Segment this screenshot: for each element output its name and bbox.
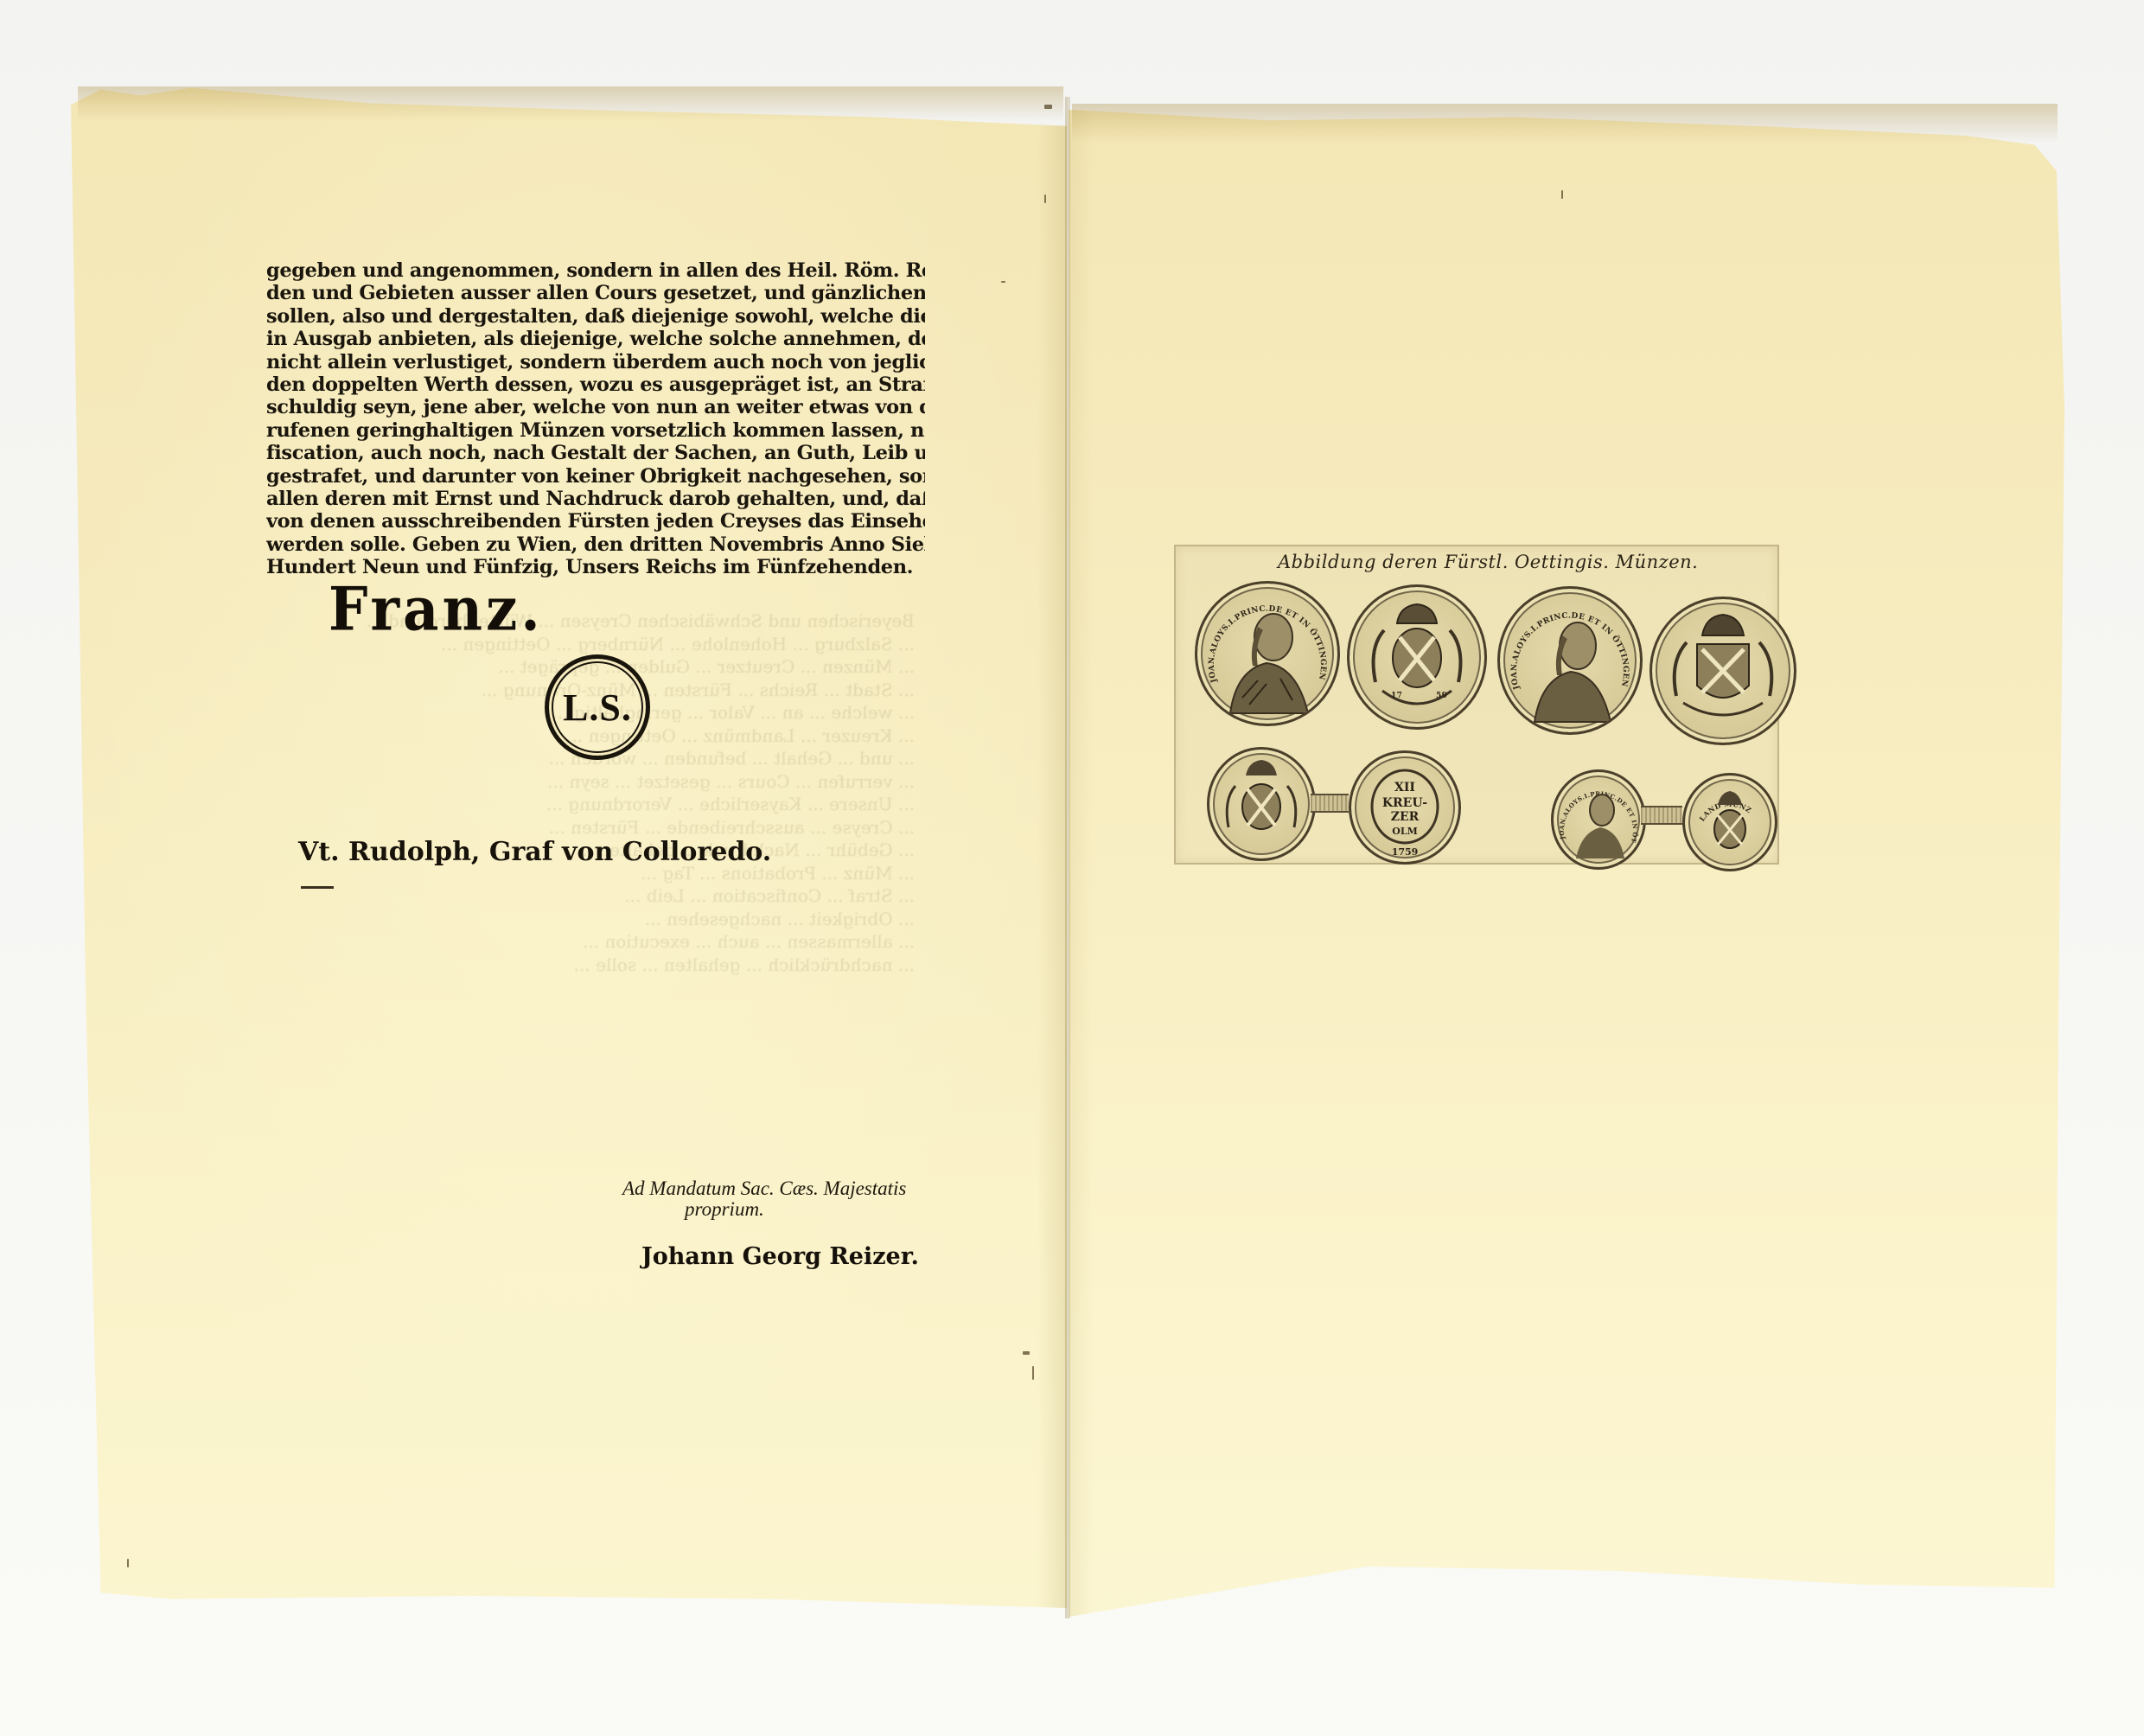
text-line: werden solle. Geben zu Wien, den dritten… (266, 533, 925, 556)
gutter-fold (1065, 97, 1070, 1618)
text-line: sollen, also und dergestalten, daß dieje… (266, 305, 925, 328)
text-line: schuldig seyn, jene aber, welche von nun… (266, 396, 925, 418)
text-line: fiscation, auch noch, nach Gestalt der S… (266, 442, 925, 464)
svg-text:XII: XII (1394, 781, 1415, 795)
foxing-speck (1032, 1366, 1034, 1380)
svg-text:17: 17 (1391, 692, 1402, 700)
coin-edge-connector (1641, 806, 1682, 825)
mandate-formula: Ad Mandatum Sac. Cæs. Majestatis propriu… (622, 1178, 916, 1220)
foxing-speck (1044, 105, 1052, 109)
portrait-bust-icon: JOAN.ALOYS.I.PRINC.DE ET IN ÖTTINGEN (1500, 589, 1640, 732)
text-line: rufenen geringhaltigen Münzen vorsetzlic… (266, 419, 925, 442)
coat-of-arms-icon: LAND MÜNZ (1685, 775, 1775, 869)
edict-body-text: gegeben und angenommen, sondern in allen… (266, 259, 925, 578)
coin-arms-small (1207, 747, 1316, 861)
coin-portrait-small: JOAN.ALOYS.I.PRINC.DE ET IN ÖTT. (1551, 769, 1646, 870)
coin-landmunz-reverse: LAND MÜNZ (1682, 773, 1777, 871)
plate-title: Abbildung deren Fürstl. Oettingis. Münze… (1278, 552, 1684, 572)
foxing-speck (1001, 281, 1005, 283)
coin-portrait-obverse: JOAN.ALOYS.I.PRINC.DE ET IN ÖTTINGEN (1497, 586, 1643, 735)
foxing-speck (1044, 195, 1046, 203)
foxing-speck (1023, 1351, 1030, 1355)
seal-label: L.S. (563, 686, 632, 730)
svg-text:OLM: OLM (1392, 826, 1418, 837)
imperial-signature: Franz. (329, 575, 544, 645)
svg-text:1759: 1759 (1392, 846, 1419, 858)
coin-arms-reverse (1649, 597, 1796, 745)
locus-sigilli-seal: L.S. (545, 654, 650, 760)
text-line: allen deren mit Ernst und Nachdruck daro… (266, 488, 925, 510)
svg-text:KREU-: KREU- (1382, 796, 1427, 810)
mandate-line-2: proprium. (622, 1199, 916, 1220)
portrait-bust-icon: JOAN.ALOYS.I.PRINC.DE ET IN ÖTTINGEN (1197, 584, 1337, 724)
coat-of-arms-icon (1209, 750, 1313, 858)
secretary-signature: Johann Georg Reizer. (641, 1243, 919, 1270)
text-line: gegeben und angenommen, sondern in allen… (266, 259, 925, 282)
text-line: in Ausgab anbieten, als diejenige, welch… (266, 328, 925, 350)
text-line: den doppelten Werth dessen, wozu es ausg… (266, 373, 925, 396)
svg-text:59: 59 (1436, 692, 1447, 700)
text-line: von denen ausschreibenden Fürsten jeden … (266, 510, 925, 533)
foxing-speck (127, 1559, 129, 1567)
short-rule (301, 886, 334, 889)
portrait-bust-icon: JOAN.ALOYS.I.PRINC.DE ET IN ÖTT. (1554, 772, 1643, 867)
coin-arms-reverse: 1759 (1347, 584, 1487, 730)
text-line: den und Gebieten ausser allen Cours gese… (266, 282, 925, 304)
coin-edge-connector (1311, 794, 1349, 813)
coat-of-arms-icon (1652, 599, 1794, 743)
svg-text:ZER: ZER (1391, 810, 1420, 824)
foxing-speck (1561, 190, 1563, 199)
denomination-cartouche-icon: XII KREU- ZER OLM 1759 (1351, 753, 1458, 862)
countersignature: Vt. Rudolph, Graf von Colloredo. (298, 837, 771, 867)
text-line: nicht allein verlustiget, sondern überde… (266, 351, 925, 373)
mandate-line-1: Ad Mandatum Sac. Cæs. Majestatis (622, 1178, 906, 1199)
coin-engraving-plate: Abbildung deren Fürstl. Oettingis. Münze… (1174, 545, 1779, 865)
coin-portrait-obverse: JOAN.ALOYS.I.PRINC.DE ET IN ÖTTINGEN (1195, 581, 1340, 726)
text-line: gestrafet, und darunter von keiner Obrig… (266, 465, 925, 488)
coat-of-arms-icon: 1759 (1350, 587, 1484, 727)
coin-kreuzer-reverse: XII KREU- ZER OLM 1759 (1349, 750, 1461, 865)
